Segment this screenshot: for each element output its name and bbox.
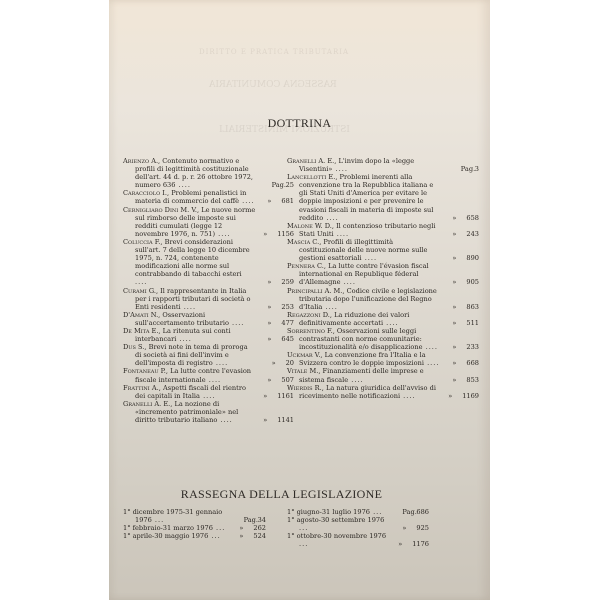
page-mark: Pag. bbox=[461, 165, 475, 173]
index-entry: Coluccia F., Brevi considerazioni sull'a… bbox=[123, 238, 294, 287]
page-reference: »511 bbox=[441, 319, 479, 327]
entry-author: Regazzoni D., bbox=[287, 311, 332, 319]
page-mark: » bbox=[452, 303, 466, 311]
leader-dots: .... bbox=[176, 335, 191, 343]
entry-author: Dus S., bbox=[123, 343, 147, 351]
page-mark: » bbox=[452, 230, 466, 238]
page-mark: » bbox=[239, 524, 253, 532]
page-number: 905 bbox=[466, 278, 479, 286]
page-reference: Pag.686 bbox=[395, 508, 429, 516]
book-page: DIRITTO E PRATICA TRIBUTARIA RASSEGNA CO… bbox=[109, 0, 490, 600]
page-number: 34 bbox=[258, 516, 266, 524]
entry-author: Pennera C., bbox=[287, 262, 326, 270]
entry-author: Coluccia F., bbox=[123, 238, 162, 246]
page-reference: »925 bbox=[395, 524, 429, 532]
page-mark: » bbox=[267, 278, 281, 286]
entry-author: Wierdis R., bbox=[287, 384, 324, 392]
page-reference: »262 bbox=[232, 524, 266, 532]
page-number: 925 bbox=[416, 524, 429, 532]
index-entry: Frattini A., Aspetti fiscali del rientro… bbox=[123, 384, 294, 400]
leader-dots: .... bbox=[181, 303, 196, 311]
page-number: 853 bbox=[466, 376, 479, 384]
page-number: 890 bbox=[466, 254, 479, 262]
legislazione-entry: 1° dicembre 1975-31 gennaio 1976 ...Pag.… bbox=[123, 508, 266, 524]
leader-dots: .... bbox=[362, 254, 377, 262]
entry-period: 1° ottobre-30 novembre 1976 bbox=[287, 532, 386, 540]
page-reference: »890 bbox=[441, 254, 479, 262]
leader-dots: .... bbox=[322, 303, 337, 311]
leader-dots: ... bbox=[299, 540, 308, 548]
page-mark: » bbox=[263, 230, 277, 238]
leader-dots: .... bbox=[348, 376, 363, 384]
page-number: 1141 bbox=[277, 416, 294, 424]
page-mark: » bbox=[452, 278, 466, 286]
page-reference: »524 bbox=[232, 532, 266, 540]
leader-dots: .... bbox=[423, 343, 438, 351]
entry-period: 1° giugno-31 luglio 1976 bbox=[287, 508, 370, 516]
page-number: 262 bbox=[253, 524, 266, 532]
index-entry: Caracciolo I., Problemi penalistici in m… bbox=[123, 189, 294, 205]
entry-period: 1° agosto-30 settembre 1976 bbox=[287, 516, 384, 524]
bleed-through-heading: RASSEGNA COMUNITARIA bbox=[209, 80, 337, 90]
page-number: 863 bbox=[466, 303, 479, 311]
page-mark: » bbox=[452, 214, 466, 222]
page-reference: »233 bbox=[441, 343, 479, 351]
page-reference: »668 bbox=[441, 359, 479, 367]
legislazione-entry: 1° giugno-31 luglio 1976 ...Pag.686 bbox=[287, 508, 429, 516]
page-reference: Pag.34 bbox=[232, 516, 266, 524]
page-reference: »1169 bbox=[441, 392, 479, 400]
legislazione-entry: 1° aprile-30 maggio 1976 ...»524 bbox=[123, 532, 266, 540]
entry-author: Curami G., bbox=[123, 287, 158, 295]
leader-dots: ... bbox=[208, 532, 220, 540]
leader-dots: .... bbox=[332, 165, 347, 173]
legislazione-entry: 1° febbraio-31 marzo 1976 ...»262 bbox=[123, 524, 266, 532]
index-entry: Granelli A. E., La nozione di «increment… bbox=[123, 400, 294, 424]
page-reference: »243 bbox=[441, 230, 479, 238]
page-mark: » bbox=[452, 376, 466, 384]
index-entry: De Mita E., La ritenuta sui conti interb… bbox=[123, 327, 294, 343]
index-entry: Wierdis R., La natura giuridica dell'avv… bbox=[287, 384, 479, 400]
page-mark: » bbox=[452, 319, 466, 327]
leader-dots: .... bbox=[383, 319, 398, 327]
page-number: 686 bbox=[416, 508, 429, 516]
page-number: 511 bbox=[466, 319, 479, 327]
entry-period: 1° dicembre 1975-31 gennaio 1976 bbox=[123, 508, 222, 524]
entry-author: Arienzo A., bbox=[123, 157, 160, 165]
entry-title: Problemi inerenti alla convenzione tra l… bbox=[299, 173, 433, 221]
page-mark: » bbox=[267, 376, 281, 384]
page-mark: » bbox=[452, 359, 466, 367]
page-number: 524 bbox=[253, 532, 266, 540]
leader-dots: ... bbox=[213, 524, 225, 532]
entry-author: D'Amati N., bbox=[123, 311, 160, 319]
page-mark: Pag. bbox=[244, 516, 258, 524]
bleed-through-running-head: DIRITTO E PRATICA TRIBUTARIA bbox=[199, 48, 349, 56]
index-entry: Regazzoni D., La riduzione dei valori de… bbox=[287, 311, 479, 327]
entry-author: De Mita E., bbox=[123, 327, 161, 335]
page-mark: » bbox=[239, 532, 253, 540]
leader-dots: .... bbox=[217, 416, 232, 424]
leader-dots: .... bbox=[200, 392, 215, 400]
leader-dots: .... bbox=[135, 278, 147, 286]
leader-dots: .... bbox=[323, 214, 338, 222]
section-title-rassegna: RASSEGNA DELLA LEGISLAZIONE bbox=[91, 487, 472, 502]
index-entry: Principalli A. M., Codice civile e legis… bbox=[287, 287, 479, 311]
dottrina-left-column: Arienzo A., Contenuto normativo e profil… bbox=[123, 157, 294, 424]
entry-author: Vitale M., bbox=[287, 367, 320, 375]
legislazione-right-column: 1° giugno-31 luglio 1976 ...Pag.6861° ag… bbox=[287, 508, 429, 548]
entry-author: Frattini A., bbox=[123, 384, 161, 392]
entry-author: Sorrentino F., bbox=[287, 327, 335, 335]
entry-author: Lancellotti E., bbox=[287, 173, 337, 181]
entry-author: Caracciolo I., bbox=[123, 189, 169, 197]
page-reference: Pag.3 bbox=[441, 165, 479, 173]
page-reference: »863 bbox=[441, 303, 479, 311]
entry-author: Granelli A. E., bbox=[287, 157, 336, 165]
entry-period: 1° aprile-30 maggio 1976 bbox=[123, 532, 208, 540]
leader-dots: .... bbox=[334, 230, 349, 238]
leader-dots: ... bbox=[299, 524, 308, 532]
legislazione-left-column: 1° dicembre 1975-31 gennaio 1976 ...Pag.… bbox=[123, 508, 266, 540]
page-reference: »853 bbox=[441, 376, 479, 384]
page-mark: » bbox=[267, 335, 281, 343]
page-mark: » bbox=[452, 254, 466, 262]
legislazione-entry: 1° ottobre-30 novembre 1976 ...»1176 bbox=[287, 532, 429, 548]
entry-author: Fontaneau P., bbox=[123, 367, 168, 375]
entry-author: Malone W. D., bbox=[287, 222, 334, 230]
leader-dots: ... bbox=[370, 508, 382, 516]
entry-author: Granelli A. E., bbox=[123, 400, 172, 408]
page-number: 1169 bbox=[462, 392, 479, 400]
entry-author: Principalli A. M., bbox=[287, 287, 344, 295]
page-number: 1176 bbox=[412, 540, 429, 548]
leader-dots: .... bbox=[213, 359, 228, 367]
page-mark: » bbox=[263, 392, 277, 400]
page-mark: » bbox=[263, 416, 277, 424]
entry-author: Uckmar V., bbox=[287, 351, 323, 359]
page-reference: »1141 bbox=[256, 416, 294, 424]
index-entry: Mascia C., Profili di illegittimità cost… bbox=[287, 238, 479, 262]
page-reference: »658 bbox=[441, 214, 479, 222]
page-reference: »1176 bbox=[395, 540, 429, 548]
page-reference: »905 bbox=[441, 278, 479, 286]
page-mark: » bbox=[402, 524, 416, 532]
index-entry: Malone W. D., Il contenzioso tributario … bbox=[287, 222, 479, 238]
leader-dots: .... bbox=[400, 392, 415, 400]
leader-dots: .... bbox=[239, 197, 254, 205]
page-mark: » bbox=[267, 197, 281, 205]
index-entry: Arienzo A., Contenuto normativo e profil… bbox=[123, 157, 294, 189]
leader-dots: .... bbox=[175, 181, 190, 189]
page-number: 3 bbox=[475, 165, 479, 173]
index-entry: Dus S., Brevi note in tema di proroga di… bbox=[123, 343, 294, 367]
index-entry: Cernigliaro Dini M. V., Le nuove norme s… bbox=[123, 206, 294, 238]
leader-dots: .... bbox=[424, 359, 439, 367]
index-entry: Uckmar V., La convenzione fra l'Italia e… bbox=[287, 351, 479, 367]
page-number: 233 bbox=[466, 343, 479, 351]
index-entry: D'Amati N., Osservazioni sull'accertamen… bbox=[123, 311, 294, 327]
index-entry: Granelli A. E., L'invim dopo la «legge V… bbox=[287, 157, 479, 173]
section-title-dottrina: DOTTRINA bbox=[109, 116, 490, 131]
index-entry: Sorrentino F., Osservazioni sulle leggi … bbox=[287, 327, 479, 351]
page-mark: Pag. bbox=[272, 181, 286, 189]
leader-dots: ... bbox=[152, 516, 164, 524]
page-number: 658 bbox=[466, 214, 479, 222]
page-mark: Pag. bbox=[402, 508, 416, 516]
legislazione-entry: 1° agosto-30 settembre 1976 ...»925 bbox=[287, 516, 429, 532]
index-entry: Lancellotti E., Problemi inerenti alla c… bbox=[287, 173, 479, 222]
index-entry: Vitale M., Finanziamenti delle imprese e… bbox=[287, 367, 479, 383]
entry-title: Brevi note in tema di proroga di società… bbox=[135, 343, 248, 367]
page-mark: » bbox=[272, 359, 286, 367]
page-mark: » bbox=[452, 343, 466, 351]
index-entry: Fontaneau P., La lutte contre l'evasion … bbox=[123, 367, 294, 383]
page-mark: » bbox=[448, 392, 462, 400]
entry-period: 1° febbraio-31 marzo 1976 bbox=[123, 524, 213, 532]
leader-dots: .... bbox=[340, 278, 355, 286]
leader-dots: .... bbox=[229, 319, 244, 327]
page-mark: » bbox=[267, 319, 281, 327]
dottrina-right-column: Granelli A. E., L'invim dopo la «legge V… bbox=[287, 157, 479, 400]
index-entry: Curami G., Il rappresentante in Italia p… bbox=[123, 287, 294, 311]
page-mark: » bbox=[398, 540, 412, 548]
leader-dots: .... bbox=[215, 230, 230, 238]
index-entry: Pennera C., La lutte contre l'évasion fi… bbox=[287, 262, 479, 286]
leader-dots: .... bbox=[206, 376, 221, 384]
page-number: 668 bbox=[466, 359, 479, 367]
page-mark: » bbox=[267, 303, 281, 311]
entry-author: Mascia C., bbox=[287, 238, 321, 246]
entry-author: Cernigliaro Dini M. V., bbox=[123, 206, 199, 214]
page-number: 243 bbox=[466, 230, 479, 238]
